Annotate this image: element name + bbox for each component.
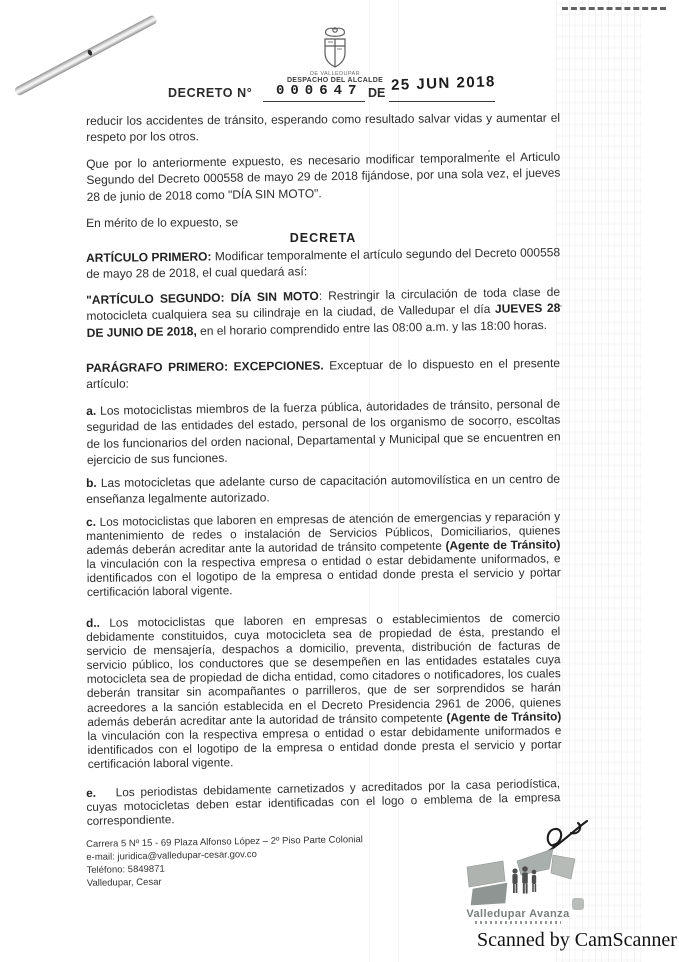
paragraph-articulo-primero: ARTÍCULO PRIMERO: Modificar temporalment… [86,244,560,282]
item-e-text: Los periodistas debidamente carnetizados… [86,776,560,828]
letterhead-footer: Carrera 5 Nº 15 - 69 Plaza Alfonso López… [86,833,364,890]
decreta-heading: DECRETA [86,231,560,245]
exception-item-c: c. Los motociclistas que laboren en empr… [86,509,561,599]
item-e-label: e. [86,786,96,800]
logo-wordmark: Valledupar Avanza [458,908,578,920]
exception-item-a: a. Los motociclistas miembros de la fuer… [86,396,561,469]
articulo-segundo-label: "ARTÍCULO SEGUNDO: DÍA SIN MOTO [86,289,319,307]
coat-of-arms-seal: DE VALLEDUPAR DESPACHO DEL ALCALDE [275,26,395,84]
paragraph-intro: reducir los accidentes de tránsito, espe… [86,110,560,146]
scan-edge-dashes-artifact [562,7,666,10]
exception-item-d: d.. Los motociclistas que laboren en emp… [86,610,562,771]
item-d-label: d.. [86,616,100,630]
articulo-segundo-text2: en el horario comprendido entre las 08:0… [197,318,547,338]
pen-clip-dot [87,49,93,56]
camscanner-credit: Scanned by CamScanner [477,929,677,952]
item-b-text: Las motocicletas que adelante curso de c… [86,472,560,506]
item-b-label: b. [86,476,97,490]
decree-number-label: DECRETO N° [168,86,252,100]
paragraph-paragrafo-primero: PARÁGRAFO PRIMERO: EXCEPCIONES. Exceptua… [86,355,560,393]
logo-tagline-artifact [475,921,561,924]
valledupar-avanza-logo: Valledupar Avanza [458,845,578,924]
pinwheel-flags-icon [459,845,577,907]
paragraph-considerando: Que por lo anteriormente expuesto, es ne… [86,149,561,205]
exception-item-b: b. Las motocicletas que adelante curso d… [86,471,560,508]
decree-de-label: DE [368,86,385,100]
item-a-label: a. [86,404,96,418]
item-c-text2: la vinculación con la respectiva empresa… [87,551,561,599]
decree-date-stamp: 25 JUN 2018 [391,73,496,94]
item-d-bold-agente: (Agente de Tránsito) [446,709,561,724]
paragrafo-label: PARÁGRAFO PRIMERO: EXCEPCIONES. [86,359,324,375]
decree-number-stamp: 000647 [276,83,362,99]
item-d-text2: la vinculación con la respectiva empresa… [87,723,561,771]
coat-of-arms-icon [316,26,354,70]
logo-small-emblem-icon [572,898,584,910]
scanned-decree-page: DE VALLEDUPAR DESPACHO DEL ALCALDE DECRE… [0,0,679,962]
item-a-text: Los motociclistas miembros de la fuerza … [86,397,560,467]
paragraph-merito: En mérito de lo expuesto, se [86,213,560,232]
item-c-label: c. [86,515,96,529]
articulo-primero-label: ARTÍCULO PRIMERO: [86,249,212,265]
exception-item-e: e. Los periodistas debidamente carnetiza… [86,776,561,828]
decree-number-underline [263,101,365,102]
item-c-bold-agente: (Agente de Tránsito) [445,537,560,552]
paragraph-articulo-segundo: "ARTÍCULO SEGUNDO: DÍA SIN MOTO: Restrin… [86,284,561,341]
pen-scan-artifact [14,14,158,96]
decree-date-underline [389,101,495,102]
